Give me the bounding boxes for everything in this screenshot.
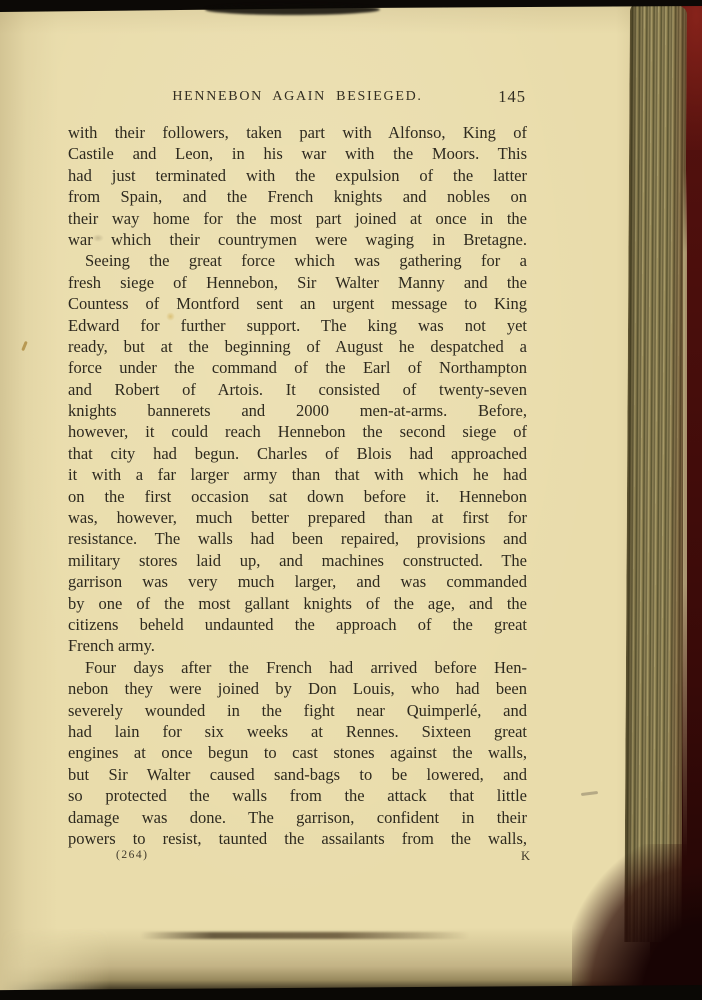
text-line: knights bannerets and 2000 men-at-arms. …: [68, 400, 527, 421]
text-line: from Spain, and the French knights and n…: [68, 186, 527, 207]
text-line: citizens beheld undaunted the approach o…: [68, 614, 527, 635]
text-line: had just terminated with the expulsion o…: [68, 165, 527, 186]
text-line: but Sir Walter caused sand-bags to be lo…: [68, 764, 527, 785]
text-line: on the first occasion sat down before it…: [68, 486, 527, 507]
text-line: had lain for six weeks at Rennes. Sixtee…: [68, 721, 527, 742]
text-line: was, however, much better prepared than …: [68, 507, 527, 528]
running-title: HENNEBON AGAIN BESIEGED.: [68, 89, 527, 105]
text-line: their way home for the most part joined …: [68, 208, 527, 229]
photo-top-border-bump: [205, 4, 380, 15]
body-text: with their followers, taken part with Al…: [68, 122, 527, 849]
text-line: resistance. The walls had been repaired,…: [68, 528, 527, 549]
text-line: ready, but at the beginning of August he…: [68, 336, 527, 357]
text-line: fresh siege of Hennebon, Sir Walter Mann…: [68, 272, 527, 293]
text-line: nebon they were joined by Don Louis, who…: [68, 678, 527, 699]
text-line: with their followers, taken part with Al…: [68, 122, 527, 143]
printer-code: (264): [116, 849, 148, 864]
text-line: Castile and Leon, in his war with the Mo…: [68, 143, 527, 164]
text-line: force under the command of the Earl of N…: [68, 357, 527, 378]
text-line: military stores laid up, and machines co…: [68, 550, 527, 571]
text-line: garrison was very much larger, and was c…: [68, 571, 527, 592]
text-line: however, it could reach Hennebon the sec…: [68, 421, 527, 442]
page-number: 145: [498, 87, 526, 107]
text-line: damage was done. The garrison, confident…: [68, 807, 527, 828]
text-line: that city had begun. Charles of Blois ha…: [68, 443, 527, 464]
text-line: Four days after the French had arrived b…: [68, 657, 527, 678]
text-line: so protected the walls from the attack t…: [68, 785, 527, 806]
text-line: French army.: [68, 635, 527, 656]
page-stain: [166, 312, 175, 321]
page-bottom-smudge: [140, 932, 470, 939]
text-line: powers to resist, taunted the assailants…: [68, 828, 527, 849]
text-line: Countess of Montford sent an urgent mess…: [68, 293, 527, 314]
page-stain: [92, 234, 104, 242]
page-edges-highlight: [683, 170, 687, 860]
text-line: Seeing the great force which was gatheri…: [68, 250, 527, 271]
scanned-book-page-photo: HENNEBON AGAIN BESIEGED. 145 with their …: [0, 0, 702, 1000]
text-line: by one of the most gallant knights of th…: [68, 593, 527, 614]
page-stain: [345, 306, 352, 313]
text-line: Edward for further support. The king was…: [68, 315, 527, 336]
page-edges-stack: [624, 4, 687, 942]
text-line: and Robert of Artois. It consisted of tw…: [68, 379, 527, 400]
page-footer: (264) K: [68, 849, 531, 864]
text-line: war which their countrymen were waging i…: [68, 229, 527, 250]
text-line: it with a far larger army than that with…: [68, 464, 527, 485]
text-line: severely wounded in the fight near Quimp…: [68, 700, 527, 721]
bottom-right-corner-shadow: [572, 844, 702, 994]
signature-letter: K: [521, 849, 531, 864]
page-header: HENNEBON AGAIN BESIEGED. 145: [68, 89, 527, 109]
text-line: engines at once begun to cast stones aga…: [68, 742, 527, 763]
